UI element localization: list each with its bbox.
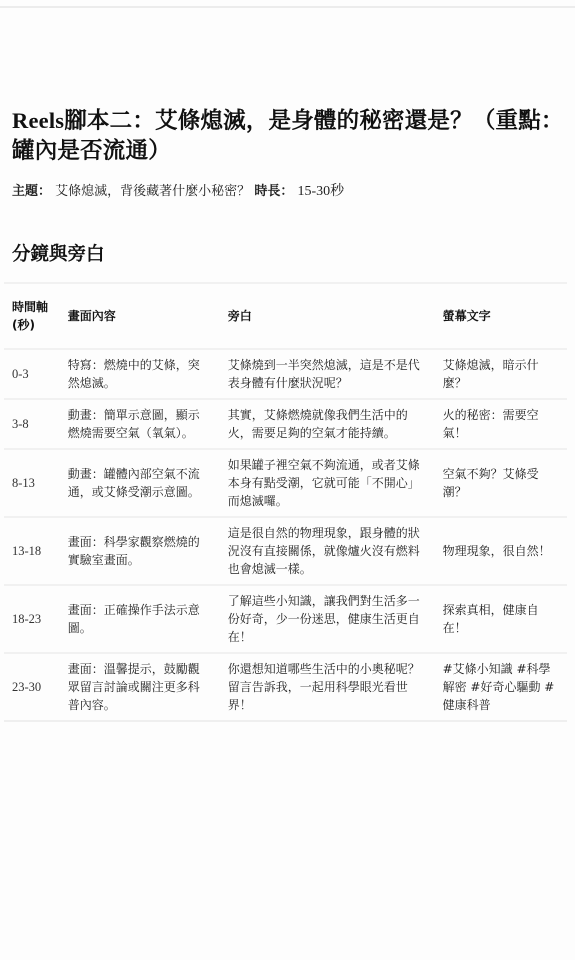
topic-value: 艾條熄滅，背後藏著什麼小秘密？ xyxy=(55,184,250,199)
cell-screen-text: 空氣不夠？艾條受潮？ xyxy=(435,449,567,517)
cell-scene: 畫面：科學家觀察燃燒的實驗室畫面。 xyxy=(60,517,220,585)
table-row: 3-8 動畫：簡單示意圖，顯示燃燒需要空氣（氧氣）。 其實，艾條燃燒就像我們生活… xyxy=(4,399,567,449)
page-title: Reels腳本二：艾條熄滅，是身體的秘密還是？（重點：罐內是否流通） xyxy=(12,106,567,166)
document-body: Reels腳本二：艾條熄滅，是身體的秘密還是？（重點：罐內是否流通） 主題： 艾… xyxy=(12,106,567,268)
table-row: 8-13 動畫：罐體內部空氣不流通，或艾條受潮示意圖。 如果罐子裡空氣不夠流通，… xyxy=(4,449,567,517)
cell-narration: 如果罐子裡空氣不夠流通，或者艾條本身有點受潮，它就可能「不開心」而熄滅囉。 xyxy=(220,449,435,517)
table-row: 18-23 畫面：正確操作手法示意圖。 了解這些小知識，讓我們對生活多一份好奇，… xyxy=(4,585,567,653)
cell-scene: 畫面：溫馨提示，鼓勵觀眾留言討論或關注更多科普內容。 xyxy=(60,653,220,721)
cell-time: 18-23 xyxy=(4,585,60,653)
cell-time: 8-13 xyxy=(4,449,60,517)
top-divider xyxy=(0,6,575,8)
cell-scene: 畫面：正確操作手法示意圖。 xyxy=(60,585,220,653)
duration-label: 時長： xyxy=(254,184,293,199)
topic-label: 主題： xyxy=(12,184,51,199)
storyboard-table: 時間軸 (秒) 畫面內容 旁白 螢幕文字 0-3 特寫：燃燒中的艾條，突然熄滅。… xyxy=(4,282,567,722)
header-scene: 畫面內容 xyxy=(60,283,220,349)
cell-narration: 艾條燒到一半突然熄滅，這是不是代表身體有什麼狀況呢？ xyxy=(220,349,435,399)
header-time: 時間軸 (秒) xyxy=(4,283,60,349)
duration-value: 15-30秒 xyxy=(297,184,344,199)
cell-time: 23-30 xyxy=(4,653,60,721)
table-row: 13-18 畫面：科學家觀察燃燒的實驗室畫面。 這是很自然的物理現象，跟身體的狀… xyxy=(4,517,567,585)
cell-time: 13-18 xyxy=(4,517,60,585)
cell-narration: 了解這些小知識，讓我們對生活多一份好奇，少一份迷思，健康生活更自在！ xyxy=(220,585,435,653)
cell-scene: 動畫：簡單示意圖，顯示燃燒需要空氣（氧氣）。 xyxy=(60,399,220,449)
header-screen-text: 螢幕文字 xyxy=(435,283,567,349)
table-row: 23-30 畫面：溫馨提示，鼓勵觀眾留言討論或關注更多科普內容。 你還想知道哪些… xyxy=(4,653,567,721)
header-narration: 旁白 xyxy=(220,283,435,349)
cell-time: 3-8 xyxy=(4,399,60,449)
meta-line: 主題： 艾條熄滅，背後藏著什麼小秘密？ 時長： 15-30秒 xyxy=(12,182,567,202)
cell-screen-text: 物理現象，很自然！ xyxy=(435,517,567,585)
cell-screen-text: 探索真相，健康自在！ xyxy=(435,585,567,653)
cell-time: 0-3 xyxy=(4,349,60,399)
cell-screen-text: 火的秘密：需要空氣！ xyxy=(435,399,567,449)
section-heading: 分鏡與旁白 xyxy=(12,242,567,268)
cell-screen-text: #艾條小知識 #科學解密 #好奇心驅動 #健康科普 xyxy=(435,653,567,721)
cell-screen-text: 艾條熄滅，暗示什麼？ xyxy=(435,349,567,399)
cell-narration: 其實，艾條燃燒就像我們生活中的火，需要足夠的空氣才能持續。 xyxy=(220,399,435,449)
cell-narration: 這是很自然的物理現象，跟身體的狀況沒有直接關係，就像爐火沒有燃料也會熄滅一樣。 xyxy=(220,517,435,585)
cell-narration: 你還想知道哪些生活中的小奧秘呢？留言告訴我，一起用科學眼光看世界！ xyxy=(220,653,435,721)
table-row: 0-3 特寫：燃燒中的艾條，突然熄滅。 艾條燒到一半突然熄滅，這是不是代表身體有… xyxy=(4,349,567,399)
table-header-row: 時間軸 (秒) 畫面內容 旁白 螢幕文字 xyxy=(4,283,567,349)
cell-scene: 動畫：罐體內部空氣不流通，或艾條受潮示意圖。 xyxy=(60,449,220,517)
cell-scene: 特寫：燃燒中的艾條，突然熄滅。 xyxy=(60,349,220,399)
